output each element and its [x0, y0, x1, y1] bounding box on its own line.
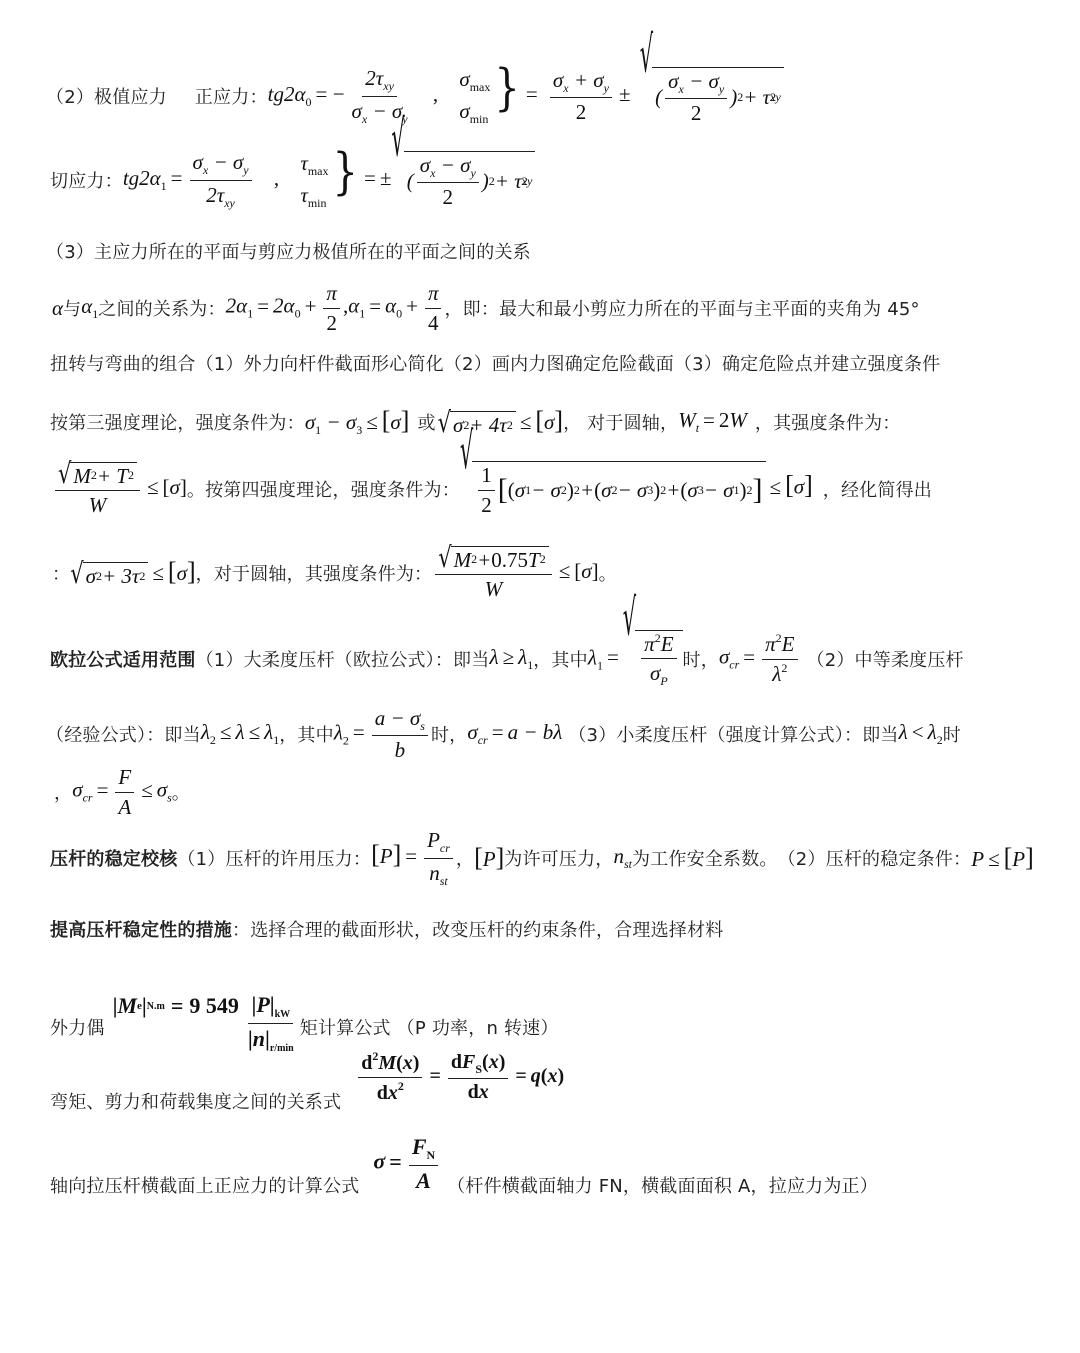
- round-shaft-label: ， 对于圆轴，: [563, 409, 678, 435]
- or-label: 或: [417, 409, 435, 435]
- euler-where: ，其中: [533, 646, 588, 672]
- normal-stress-label: 正应力：: [195, 83, 268, 109]
- euler-line-3: ， σcr=FA≤σs 。: [0, 764, 1080, 820]
- sigma-cr2-formula: σcr=a − bλ: [467, 720, 562, 748]
- condition-label: ，其强度条件为：: [755, 409, 901, 435]
- round-shaft-label2: ，对于圆轴，其强度条件为：: [196, 560, 433, 586]
- euler-part3: （3）小柔度压杆（强度计算公式）：即当: [568, 721, 898, 747]
- alpha-relation-line: α 与 α1 之间的关系为： 2α1=2α0+π2,α1=α0+π4 ，即：最大…: [0, 280, 1080, 336]
- axial-stress-label: 轴向拉压杆横截面上正应力的计算公式: [50, 1172, 359, 1198]
- section2-label: （2）极值应力: [46, 83, 167, 109]
- p-symbol: [P]: [474, 843, 504, 873]
- external-couple-label-start: 外力偶: [50, 1014, 105, 1040]
- fourth-theory-line: √M2 + T2W≤[σ] 。按第四强度理论，强度条件为： √12[(σ1 − …: [0, 456, 1080, 522]
- euler-part1: （1）大柔度压杆（欧拉公式）：即当: [196, 646, 490, 672]
- normal-stress-line: （2）极值应力 正应力： tg2α0=−2τxyσx − σy , σmaxσm…: [0, 58, 1080, 134]
- relation-formula: 2α1=2α0+π2,α1=α0+π4: [226, 281, 445, 334]
- nst-desc: 为工作安全系数。: [632, 845, 778, 871]
- euler-cond2: λ2≤λ≤λ1: [201, 720, 279, 748]
- torsion-bending-line: 扭转与弯曲的组合（1）外力向杆件截面形心简化（2）画内力图确定危险截面（3）确定…: [0, 348, 1080, 378]
- torsion-bending-text: 扭转与弯曲的组合（1）外力向杆件截面形心简化（2）画内力图确定危险截面（3）确定…: [50, 350, 940, 376]
- simplified-formula: √σ2 + 3τ2≤[σ]: [70, 557, 195, 589]
- euler-part2: （2）中等柔度压杆: [807, 646, 964, 672]
- relation-suffix: ，即：最大和最小剪应力所在的平面与主平面的夹角为 45°: [444, 295, 919, 321]
- p-desc: 为许可压力，: [504, 845, 613, 871]
- euler-where2: ，其中: [279, 721, 334, 747]
- stability-measures-line: 提高压杆稳定性的措施 ：选择合理的截面形状，改变压杆的约束条件，合理选择材料: [0, 914, 1080, 944]
- axial-stress-line: 轴向拉压杆横截面上正应力的计算公式 σ=FNA （杆件横截面轴力 FN，横截面面…: [0, 1134, 1080, 1202]
- shear-stress-formula: tg2α1=σx − σy2τxy , τmaxτmin}=±√(σx − σy…: [123, 148, 536, 212]
- colon: ：: [52, 560, 70, 586]
- euler-when-b: 时，: [431, 721, 467, 747]
- stability-check-line: 压杆的稳定校核 （1）压杆的许用压力： [P]=Pcrnst ， [P] 为许可…: [0, 826, 1080, 890]
- euler-title: 欧拉公式适用范围: [50, 646, 196, 672]
- euler-cond3: λ<λ2: [899, 720, 943, 748]
- alpha1-symbol: α1: [81, 294, 98, 322]
- third-theory-formula-b: √σ2 + 4τ2≤[σ]: [438, 406, 563, 438]
- moment-shear-label: 弯矩、剪力和荷载集度之间的关系式: [50, 1088, 341, 1114]
- euler-when: 时，: [683, 646, 719, 672]
- moment-shear-line: 弯矩、剪力和荷载集度之间的关系式 d2M(x)dx2=dFS(x)dx=q(x): [0, 1050, 1080, 1116]
- stability-check-part1: （1）压杆的许用压力：: [177, 845, 371, 871]
- lambda1-formula: λ1=√π2EσP: [588, 630, 683, 689]
- coefficient: 9 549: [189, 993, 239, 1019]
- sigma-cr-formula: σcr=π2Eλ2: [719, 632, 801, 685]
- wt-formula: Wt=2W: [678, 408, 747, 436]
- euler-line-1: 欧拉公式适用范围 （1）大柔度压杆（欧拉公式）：即当 λ≥λ1 ，其中 λ1=√…: [0, 626, 1080, 692]
- external-couple-line: 外力偶 |Me|N.m =9 549 |P|kW|n|r/min 矩计算公式 （…: [0, 958, 1080, 1046]
- euler-comma: ，: [54, 779, 72, 805]
- simplified-line: ： √σ2 + 3τ2≤[σ] ，对于圆轴，其强度条件为： √M2 + 0.75…: [0, 540, 1080, 606]
- external-couple-formula: |Me|N.m =9 549 |P|kW|n|r/min: [113, 958, 300, 1054]
- comma: ，: [456, 845, 474, 871]
- third-theory-prefix: 按第三强度理论，强度条件为：: [50, 409, 305, 435]
- third-theory-line: 按第三强度理论，强度条件为： σ1 − σ3≤[σ] 或 √σ2 + 4τ2≤[…: [0, 402, 1080, 442]
- third-theory-formula-a: σ1 − σ3≤[σ]: [305, 406, 410, 438]
- fourth-round-formula: √M2 + 0.75T2W≤[σ]: [432, 545, 598, 601]
- stability-measures-title: 提高压杆稳定性的措施: [50, 916, 232, 942]
- stability-check-part2: （2）压杆的稳定条件：: [778, 845, 972, 871]
- external-couple-label-end: 矩计算公式 （P 功率，n 转速）: [300, 1014, 559, 1040]
- stability-check-title: 压杆的稳定校核: [50, 845, 177, 871]
- axial-stress-formula: σ=FNA: [373, 1134, 441, 1193]
- shear-stress-line: 切应力： tg2α1=σx − σy2τxy , τmaxτmin}=±√(σx…: [0, 142, 1080, 218]
- simplified-label: ，经化简得出: [823, 476, 932, 502]
- moment-shear-formula: d2M(x)dx2=dFS(x)dx=q(x): [355, 1050, 564, 1105]
- euler-period: 。: [172, 779, 190, 805]
- lambda2-formula: λ2=a − σsb: [334, 706, 431, 763]
- allowable-formula: [P]=Pcrnst: [371, 828, 456, 889]
- section3-title: （3）主应力所在的平面与剪应力极值所在的平面之间的关系: [46, 238, 531, 264]
- period: 。: [599, 560, 617, 586]
- euler-cond1: λ≥λ1: [489, 645, 533, 673]
- euler-line-2: （经验公式）：即当 λ2≤λ≤λ1 ，其中 λ2=a − σsb 时， σcr=…: [0, 706, 1080, 762]
- axial-stress-note: （杆件横截面轴力 FN，横截面面积 A，拉应力为正）: [447, 1172, 878, 1198]
- alpha-symbol: α: [52, 296, 63, 321]
- sigma-cr3-formula: σcr=FA≤σs: [72, 765, 172, 818]
- relation-prefix: 与: [63, 295, 81, 321]
- fourth-theory-prefix: 。按第四强度理论，强度条件为：: [187, 476, 460, 502]
- normal-stress-formula: tg2α0=−2τxyσx − σy , σmaxσmin}= σx + σy2…: [268, 64, 784, 128]
- third-round-formula: √M2 + T2W≤[σ]: [52, 461, 187, 517]
- stability-measures-text: ：选择合理的截面形状，改变压杆的约束条件，合理选择材料: [232, 916, 723, 942]
- stability-condition-formula: P≤[P]: [971, 843, 1034, 873]
- relation-mid: 之间的关系为：: [98, 295, 225, 321]
- fourth-theory-formula: √12[(σ1 − σ2)2 + (σ2 − σ3)2 + (σ3 − σ1)2…: [460, 461, 813, 516]
- shear-stress-label: 切应力：: [50, 167, 123, 193]
- euler-when2: 时: [943, 721, 961, 747]
- section3-title-line: （3）主应力所在的平面与剪应力极值所在的平面之间的关系: [0, 236, 1080, 266]
- euler-part2b: （经验公式）：即当: [46, 721, 201, 747]
- nst-symbol: nst: [613, 844, 632, 872]
